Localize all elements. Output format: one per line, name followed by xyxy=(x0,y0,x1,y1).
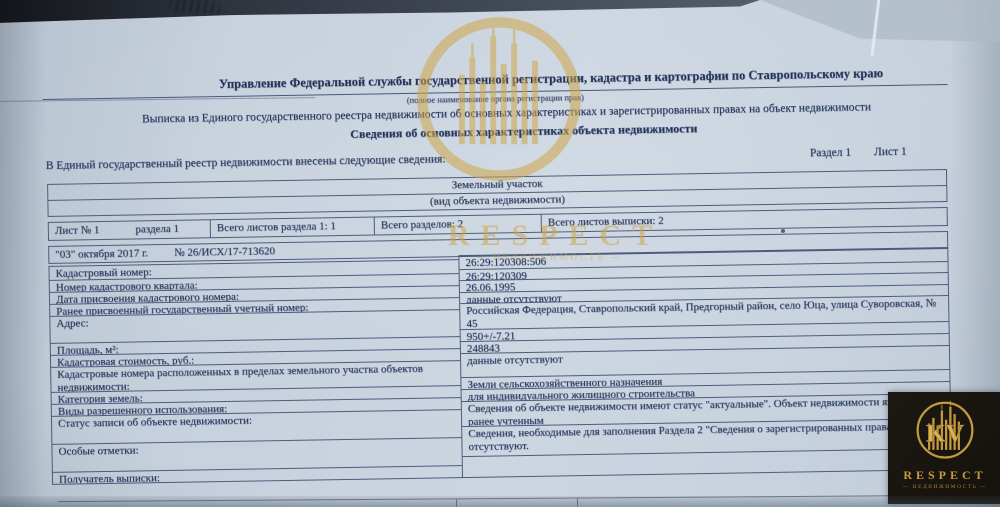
sheet-section: раздела 1 xyxy=(135,223,179,236)
sheet-label: Лист 1 xyxy=(874,146,907,159)
values-column: 26:29:120308:506 26:29:120309 26.06.1995… xyxy=(458,247,952,478)
intro-row: В Единый государственный реестр недвижим… xyxy=(46,145,951,172)
issue-number: № 26/ИСХ/17-713620 xyxy=(174,245,275,259)
svg-text:KV: KV xyxy=(926,418,965,447)
labels-column: Кадастровый номер: Номер кадастрового кв… xyxy=(48,259,463,485)
agency-logo-emblem-icon: KV xyxy=(912,399,978,465)
issue-date: "03" октября 2017 г. xyxy=(55,247,148,261)
agency-logo-card: KV RESPECT — НЕДВИЖИМОСТЬ — xyxy=(888,392,1000,504)
egrn-extract-document: Управление Федеральной службы государств… xyxy=(42,43,954,500)
sheet-number-cell: Лист № 1раздела 1 xyxy=(49,220,210,240)
agency-logo-brand-text: RESPECT xyxy=(903,468,986,483)
left-edge-shadow xyxy=(0,0,46,507)
bottom-edge-shadow xyxy=(0,496,1000,507)
document-photo: Управление Федеральной службы государств… xyxy=(0,0,1000,507)
section-sheet-labels: Раздел 1 Лист 1 xyxy=(790,146,907,160)
sheet-number: Лист № 1 xyxy=(55,224,100,237)
total-section-sheets-cell: Всего листов раздела 1: 1 xyxy=(210,218,374,238)
intro-text: В Единый государственный реестр недвижим… xyxy=(46,153,446,172)
agency-logo-sub-text: — НЕДВИЖИМОСТЬ — xyxy=(903,484,988,490)
total-sections-cell: Всего разделов: 2 xyxy=(374,215,541,235)
section-label: Раздел 1 xyxy=(810,147,851,160)
total-extract-sheets-cell: Всего листов выписки: 2 xyxy=(541,208,947,232)
